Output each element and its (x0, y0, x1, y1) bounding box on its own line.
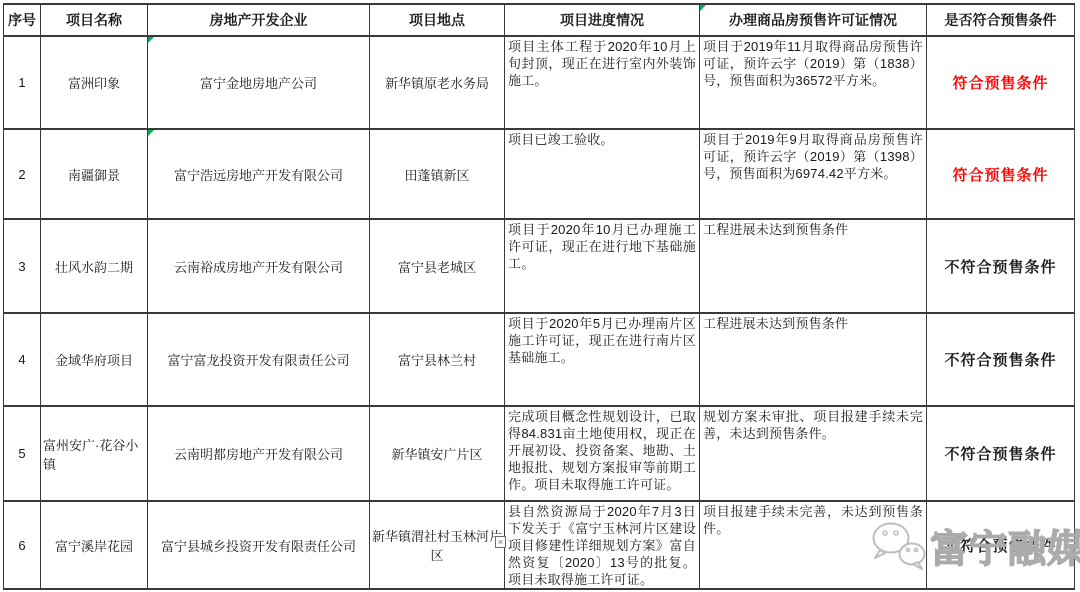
cell-permit: 项目报建手续未完善，未达到预售条件。 (700, 501, 927, 589)
cell-location: 新华镇安广片区 (370, 406, 505, 501)
header-index: 序号 (4, 4, 41, 36)
verdict-badge: 符合预售条件 (927, 36, 1075, 129)
header-verdict: 是否符合预售条件 (927, 4, 1075, 36)
cell-location: 新华镇渭社村玉林河片区 (370, 501, 505, 589)
cell-progress: 县自然资源局于2020年7月3日下发关于《富宁玉林河片区建设项目修建性详细规划方… (505, 501, 700, 589)
cell-developer: 富宁县城乡投资开发有限责任公司 (148, 501, 370, 589)
header-row: 序号 项目名称 房地产开发企业 项目地点 项目进度情况 办理商品房预售许可证情况… (4, 4, 1075, 36)
presale-review-table: 序号 项目名称 房地产开发企业 项目地点 项目进度情况 办理商品房预售许可证情况… (3, 3, 1075, 590)
cell-location: 新华镇原老水务局 (370, 36, 505, 129)
verdict-badge: 符合预售条件 (927, 129, 1075, 219)
cell-location: 富宁县林兰村 (370, 313, 505, 406)
cell-permit: 项目于2019年9月取得商品房预售许可证，预许云字（2019）第（1398）号，… (700, 129, 927, 219)
cell-permit: 规划方案未审批、项目报建手续未完善，未达到预售条件。 (700, 406, 927, 501)
cell-index: 1 (4, 36, 41, 129)
cell-location: 田蓬镇新区 (370, 129, 505, 219)
cell-project-name: 富洲印象 (41, 36, 148, 129)
table-row: 4 金域华府项目 富宁富龙投资开发有限责任公司 富宁县林兰村 项目于2020年5… (4, 313, 1075, 406)
verdict-badge: 不符合预售条件 (927, 219, 1075, 313)
cell-developer: 富宁富龙投资开发有限责任公司 (148, 313, 370, 406)
cell-developer: 云南裕成房地产开发有限公司 (148, 219, 370, 313)
verdict-badge: 不符合预售条件 (927, 406, 1075, 501)
header-developer: 房地产开发企业 (148, 4, 370, 36)
table-row: 3 壮风水韵二期 云南裕成房地产开发有限公司 富宁县老城区 项目于2020年10… (4, 219, 1075, 313)
green-corner-marker-icon (700, 5, 706, 11)
cell-developer: 富宁金地房地产公司 (148, 36, 370, 129)
table-row: 6 富宁溪岸花园 富宁县城乡投资开发有限责任公司 新华镇渭社村玉林河片区 县自然… (4, 501, 1075, 589)
cell-project-name: 富州安广·花谷小镇 (41, 406, 148, 501)
table-row: 2 南疆御景 富宁浩远房地产开发有限公司 田蓬镇新区 项目已竣工验收。 项目于2… (4, 129, 1075, 219)
green-corner-marker-icon (148, 130, 154, 136)
cell-permit: 工程进展未达到预售条件 (700, 313, 927, 406)
cell-index: 3 (4, 219, 41, 313)
header-project-name: 项目名称 (41, 4, 148, 36)
cell-permit: 工程进展未达到预售条件 (700, 219, 927, 313)
header-permit: 办理商品房预售许可证情况 (700, 4, 927, 36)
cell-developer: 富宁浩远房地产开发有限公司 (148, 129, 370, 219)
cell-progress: 项目已竣工验收。 (505, 129, 700, 219)
page: 序号 项目名称 房地产开发企业 项目地点 项目进度情况 办理商品房预售许可证情况… (0, 0, 1080, 592)
header-progress: 项目进度情况 (505, 4, 700, 36)
cell-index: 5 (4, 406, 41, 501)
table-row: 5 富州安广·花谷小镇 云南明都房地产开发有限公司 新华镇安广片区 完成项目概念… (4, 406, 1075, 501)
cell-developer: 云南明都房地产开发有限公司 (148, 406, 370, 501)
cell-index: 2 (4, 129, 41, 219)
cell-project-name: 富宁溪岸花园 (41, 501, 148, 589)
green-corner-marker-icon (148, 37, 154, 43)
cell-progress: 项目于2020年5月已办理南片区施工许可证，现正在进行南片区基础施工。 (505, 313, 700, 406)
cell-project-name: 壮风水韵二期 (41, 219, 148, 313)
cell-progress: 项目主体工程于2020年10月上旬封顶，现正在进行室内外装饰施工。 (505, 36, 700, 129)
cell-permit: 项目于2019年11月取得商品房预售许可证，预许云字（2019）第（1838）号… (700, 36, 927, 129)
cell-progress: 完成项目概念性规划设计，已取得84.831亩土地使用权，现正在开展初设、投资备案… (505, 406, 700, 501)
embedded-object-icon: × (495, 536, 506, 548)
verdict-badge: 不符合预售条件 (927, 313, 1075, 406)
verdict-badge: 不符合预售条件 (927, 501, 1075, 589)
cell-progress: 项目于2020年10月已办理施工许可证，现正在进行地下基础施工。 (505, 219, 700, 313)
cell-index: 4 (4, 313, 41, 406)
cell-location: 富宁县老城区 (370, 219, 505, 313)
cell-index: 6 (4, 501, 41, 589)
cell-project-name: 南疆御景 (41, 129, 148, 219)
cell-project-name: 金域华府项目 (41, 313, 148, 406)
header-location: 项目地点 (370, 4, 505, 36)
table-row: 1 富洲印象 富宁金地房地产公司 新华镇原老水务局 项目主体工程于2020年10… (4, 36, 1075, 129)
